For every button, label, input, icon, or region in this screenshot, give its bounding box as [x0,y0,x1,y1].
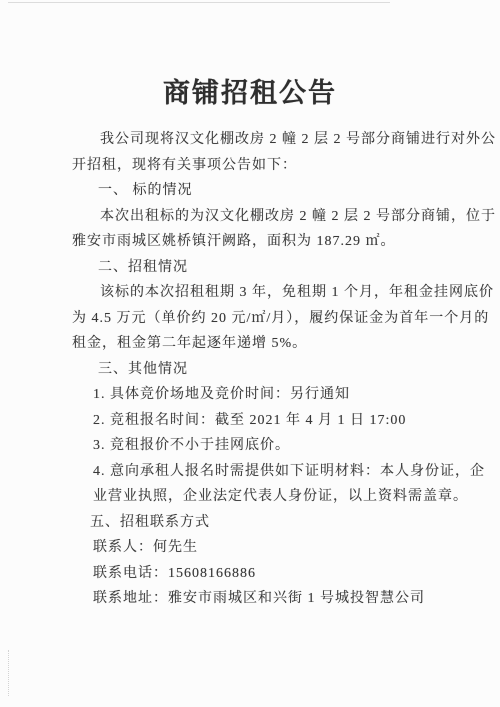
contact-person-line: 联系人：何先生 [72,535,430,561]
section-1-line-2: 雅安市雨城区姚桥镇汗阙路，面积为 187.29 ㎡。 [72,229,430,255]
list-item-1: 1. 具体竞价场地及竞价时间：另行通知 [72,382,430,408]
section-2-heading: 二、招租情况 [72,255,430,281]
section-1-line-1: 本次出租标的为汉文化棚改房 2 幢 2 层 2 号部分商铺，位于 [72,204,430,230]
section-2-line-3: 租金，租金第二年起逐年递增 5%。 [72,331,430,357]
intro-line-1: 我公司现将汉文化棚改房 2 幢 2 层 2 号部分商铺进行对外公 [72,127,430,153]
doc-body: 我公司现将汉文化棚改房 2 幢 2 层 2 号部分商铺进行对外公 开招租，现将有… [72,127,430,612]
scan-edge-artifact [8,2,390,3]
list-item-3: 3. 竞租报价不小于挂网底价。 [72,433,430,459]
doc-title: 商铺招租公告 [0,0,500,108]
contact-address-line: 联系地址：雅安市雨城区和兴街 1 号城投智慧公司 [72,586,430,612]
section-3-heading: 三、其他情况 [72,357,430,383]
list-item-4: 4. 意向承租人报名时需提供如下证明材料：本人身份证，企 [72,459,430,485]
intro-line-2: 开招租，现将有关事项公告如下： [72,153,430,179]
list-item-4-continuation: 业营业执照，企业法定代表人身份证，以上资料需盖章。 [72,484,430,510]
scan-mark-artifact [8,650,9,696]
section-5-heading: 五、招租联系方式 [72,510,430,536]
section-1-heading: 一、 标的情况 [72,178,430,204]
section-2-line-2: 为 4.5 万元（单价约 20 元/㎡/月），履约保证金为首年一个月的 [72,306,430,332]
contact-phone-line: 联系电话：15608166886 [72,561,430,587]
list-item-2: 2. 竞租报名时间：截至 2021 年 4 月 1 日 17:00 [72,408,430,434]
document-page: 商铺招租公告 我公司现将汉文化棚改房 2 幢 2 层 2 号部分商铺进行对外公 … [0,0,500,707]
section-2-line-1: 该标的本次招租租期 3 年，免租期 1 个月，年租金挂网底价 [72,280,430,306]
